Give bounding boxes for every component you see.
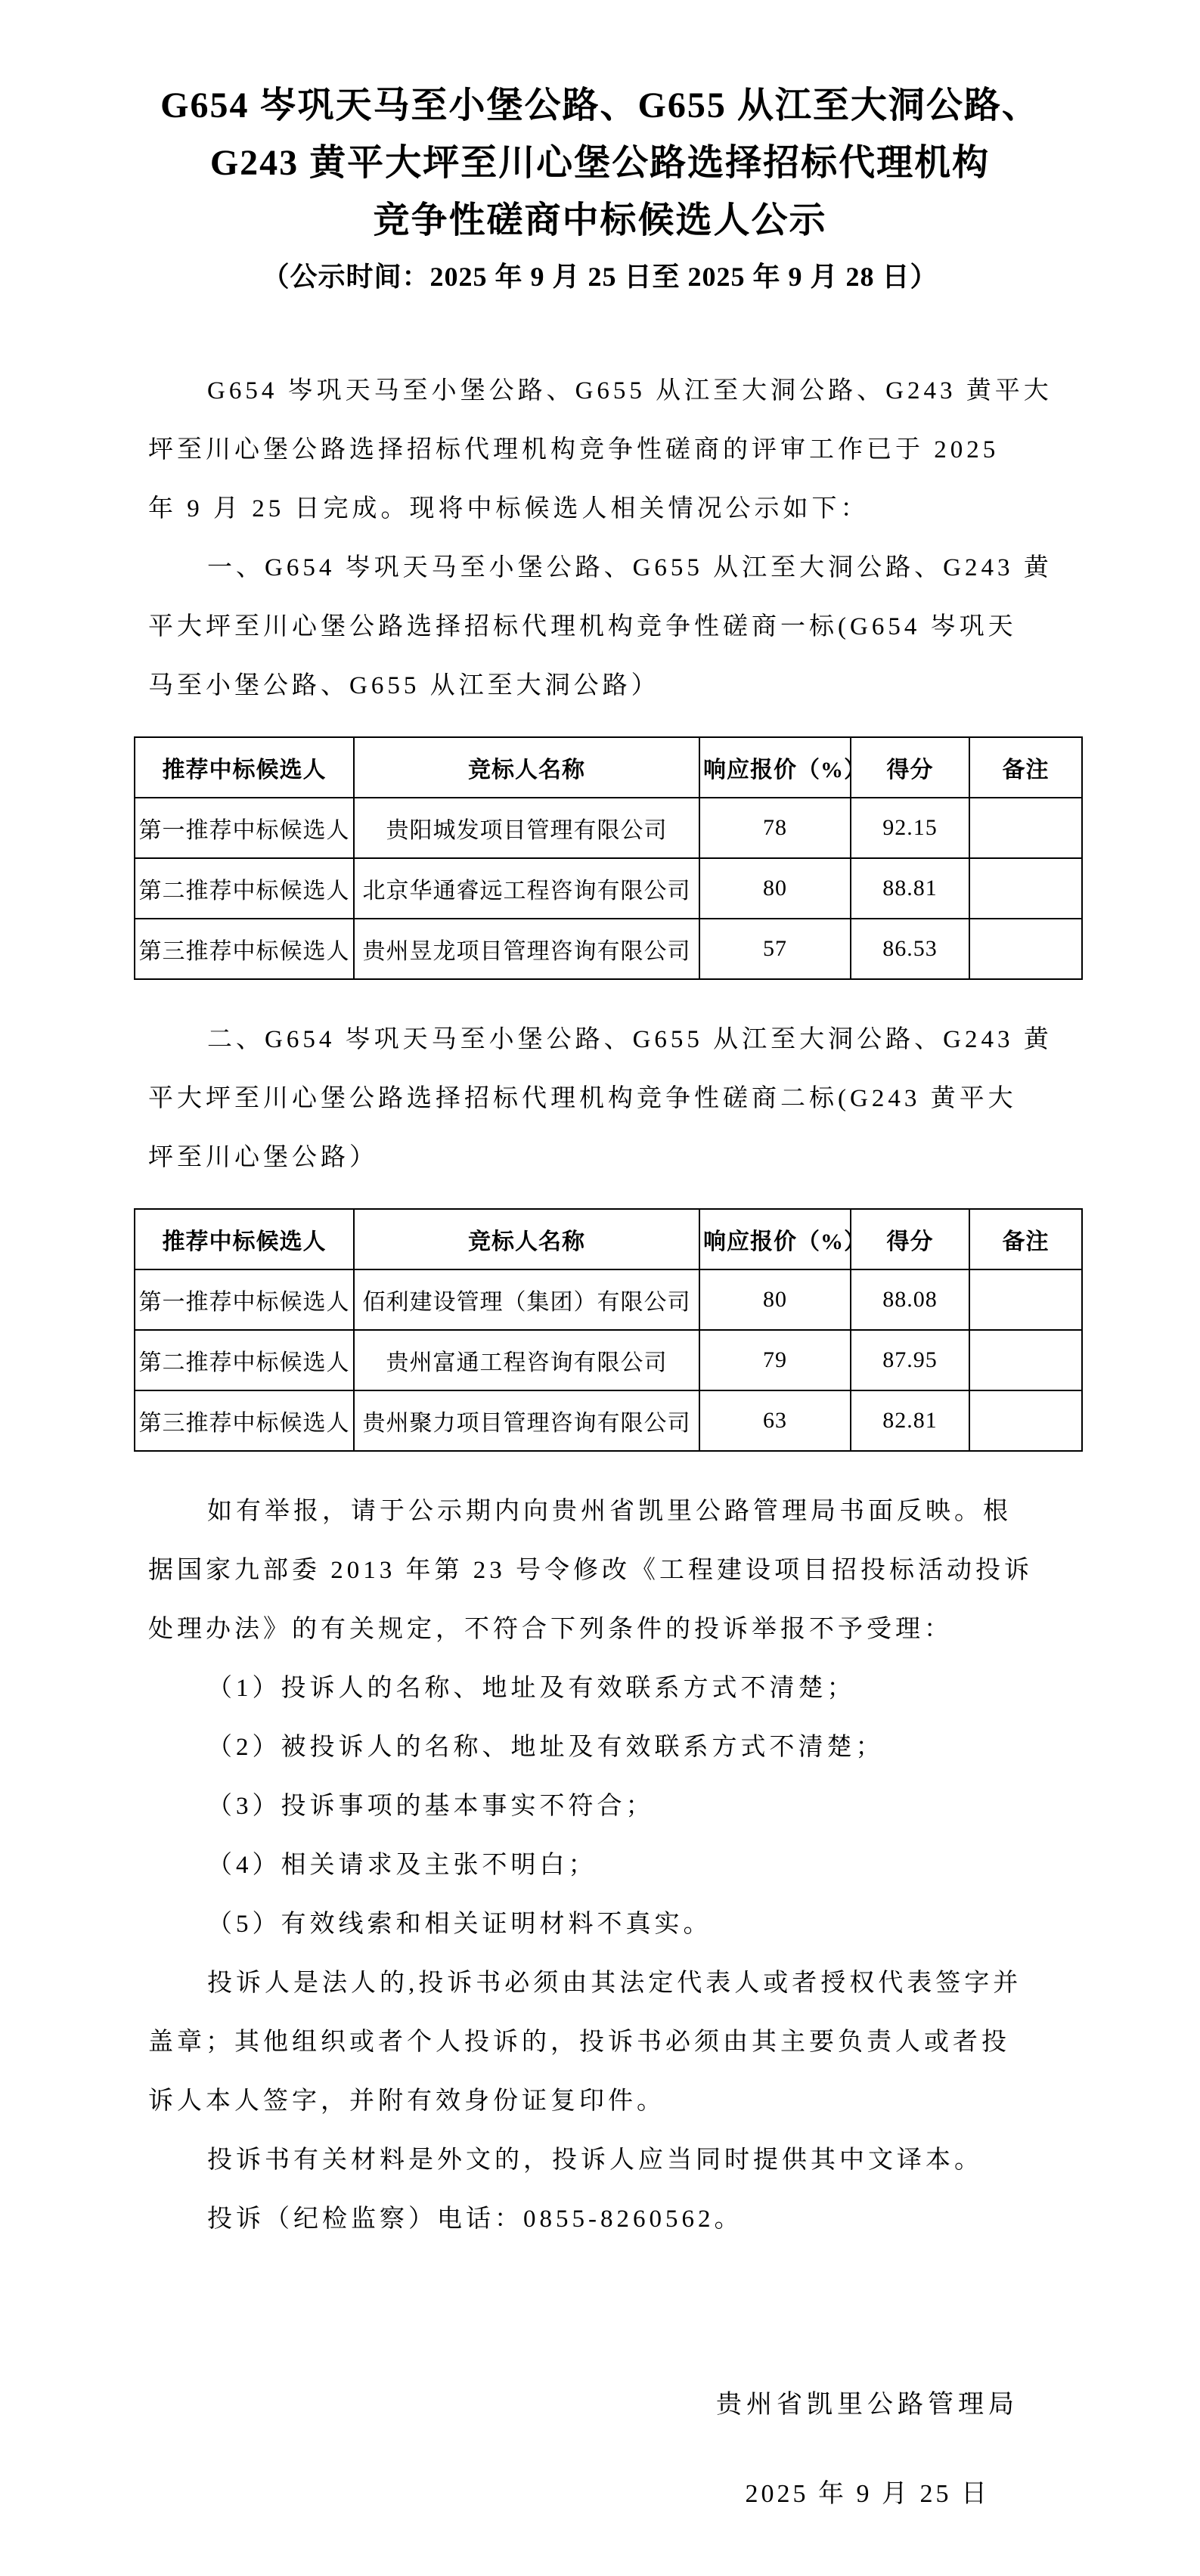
header-score: 得分 xyxy=(851,1209,969,1269)
cell-rank: 第三推荐中标候选人 xyxy=(135,919,354,979)
cell-price: 79 xyxy=(699,1330,851,1390)
section-two-line-3: 坪至川心堡公路） xyxy=(148,1128,1082,1187)
cell-price: 80 xyxy=(699,858,851,919)
section-one-line-2: 平大坪至川心堡公路选择招标代理机构竞争性磋商一标(G654 岑巩天 xyxy=(148,597,1082,656)
foreign-note-line: 投诉书有关材料是外文的，投诉人应当同时提供其中文译本。 xyxy=(148,2131,1082,2190)
section-two-line-1: 二、G654 岑巩天马至小堡公路、G655 从江至大洞公路、G243 黄 xyxy=(148,1010,1082,1069)
table-row: 第一推荐中标候选人 佰利建设管理（集团）有限公司 80 88.08 xyxy=(135,1269,1082,1330)
cell-note xyxy=(969,1390,1082,1451)
publicity-period: （公示时间：2025 年 9 月 25 日至 2025 年 9 月 28 日） xyxy=(0,257,1200,296)
cell-note xyxy=(969,858,1082,919)
complaint-intro-line-3: 处理办法》的有关规定，不符合下列条件的投诉举报不予受理： xyxy=(148,1600,1082,1659)
complaint-intro: 如有举报，请于公示期内向贵州省凯里公路管理局书面反映。根 据国家九部委 2013… xyxy=(148,1482,1082,1659)
section-two-line-2: 平大坪至川心堡公路选择招标代理机构竞争性磋商二标(G243 黄平大 xyxy=(148,1069,1082,1128)
table-section-one: 推荐中标候选人 竞标人名称 响应报价（%） 得分 备注 第一推荐中标候选人 贵阳… xyxy=(134,736,1083,980)
title-line-3: 竞争性磋商中标候选人公示 xyxy=(0,192,1200,250)
cell-score: 92.15 xyxy=(851,798,969,858)
complaint-item-3: （3）投诉事项的基本事实不符合； xyxy=(148,1777,1082,1836)
cell-bidder: 贵州昱龙项目管理咨询有限公司 xyxy=(354,919,699,979)
signature-line-1: 投诉人是法人的,投诉书必须由其法定代表人或者授权代表签字并 xyxy=(148,1954,1082,2013)
foreign-materials-note: 投诉书有关材料是外文的，投诉人应当同时提供其中文译本。 xyxy=(148,2131,1082,2190)
intro-line-3: 年 9 月 25 日完成。现将中标候选人相关情况公示如下： xyxy=(148,479,1082,538)
table-row: 第三推荐中标候选人 贵州聚力项目管理咨询有限公司 63 82.81 xyxy=(135,1390,1082,1451)
intro-line-2: 坪至川心堡公路选择招标代理机构竞争性磋商的评审工作已于 2025 xyxy=(148,420,1082,479)
cell-note xyxy=(969,1269,1082,1330)
section-two-heading: 二、G654 岑巩天马至小堡公路、G655 从江至大洞公路、G243 黄 平大坪… xyxy=(148,1010,1082,1187)
header-bidder: 竞标人名称 xyxy=(354,1209,699,1269)
cell-rank: 第一推荐中标候选人 xyxy=(135,1269,354,1330)
cell-price: 63 xyxy=(699,1390,851,1451)
table-row: 第二推荐中标候选人 贵州富通工程咨询有限公司 79 87.95 xyxy=(135,1330,1082,1390)
phone-line: 投诉（纪检监察）电话：0855-8260562。 xyxy=(148,2190,1082,2249)
cell-score: 88.81 xyxy=(851,858,969,919)
intro-paragraph: G654 岑巩天马至小堡公路、G655 从江至大洞公路、G243 黄平大 坪至川… xyxy=(148,361,1082,538)
signature-requirements: 投诉人是法人的,投诉书必须由其法定代表人或者授权代表签字并 盖章；其他组织或者个… xyxy=(148,1954,1082,2131)
footer-date: 2025 年 9 月 25 日 xyxy=(0,2465,990,2524)
cell-bidder: 北京华通睿远工程咨询有限公司 xyxy=(354,858,699,919)
cell-bidder: 贵州聚力项目管理咨询有限公司 xyxy=(354,1390,699,1451)
complaint-item-1: （1）投诉人的名称、地址及有效联系方式不清楚； xyxy=(148,1659,1082,1718)
complaint-item-4: （4）相关请求及主张不明白； xyxy=(148,1836,1082,1895)
header-rank: 推荐中标候选人 xyxy=(135,737,354,798)
complaint-phone: 投诉（纪检监察）电话：0855-8260562。 xyxy=(148,2190,1082,2249)
cell-price: 57 xyxy=(699,919,851,979)
cell-price: 80 xyxy=(699,1269,851,1330)
signature-line-2: 盖章；其他组织或者个人投诉的，投诉书必须由其主要负责人或者投 xyxy=(148,2013,1082,2072)
table-row: 第一推荐中标候选人 贵阳城发项目管理有限公司 78 92.15 xyxy=(135,798,1082,858)
document-title: G654 岑巩天马至小堡公路、G655 从江至大洞公路、 G243 黄平大坪至川… xyxy=(0,0,1200,250)
cell-rank: 第三推荐中标候选人 xyxy=(135,1390,354,1451)
signature-line-3: 诉人本人签字，并附有效身份证复印件。 xyxy=(148,2072,1082,2131)
table-row: 第二推荐中标候选人 北京华通睿远工程咨询有限公司 80 88.81 xyxy=(135,858,1082,919)
section-one-line-1: 一、G654 岑巩天马至小堡公路、G655 从江至大洞公路、G243 黄 xyxy=(148,538,1082,597)
header-score: 得分 xyxy=(851,737,969,798)
cell-rank: 第二推荐中标候选人 xyxy=(135,1330,354,1390)
header-bidder: 竞标人名称 xyxy=(354,737,699,798)
complaint-intro-line-1: 如有举报，请于公示期内向贵州省凯里公路管理局书面反映。根 xyxy=(148,1482,1082,1541)
cell-note xyxy=(969,919,1082,979)
cell-bidder: 佰利建设管理（集团）有限公司 xyxy=(354,1269,699,1330)
title-line-1: G654 岑巩天马至小堡公路、G655 从江至大洞公路、 xyxy=(0,77,1200,135)
intro-line-1: G654 岑巩天马至小堡公路、G655 从江至大洞公路、G243 黄平大 xyxy=(148,361,1082,420)
cell-bidder: 贵州富通工程咨询有限公司 xyxy=(354,1330,699,1390)
title-line-2: G243 黄平大坪至川心堡公路选择招标代理机构 xyxy=(0,135,1200,192)
cell-note xyxy=(969,1330,1082,1390)
header-rank: 推荐中标候选人 xyxy=(135,1209,354,1269)
footer-organization: 贵州省凯里公路管理局 xyxy=(0,2376,1019,2435)
header-price: 响应报价（%） xyxy=(699,737,851,798)
section-one-line-3: 马至小堡公路、G655 从江至大洞公路） xyxy=(148,656,1082,715)
cell-note xyxy=(969,798,1082,858)
complaint-items: （1）投诉人的名称、地址及有效联系方式不清楚； （2）被投诉人的名称、地址及有效… xyxy=(148,1659,1082,1954)
cell-score: 88.08 xyxy=(851,1269,969,1330)
complaint-item-2: （2）被投诉人的名称、地址及有效联系方式不清楚； xyxy=(148,1718,1082,1777)
cell-score: 86.53 xyxy=(851,919,969,979)
header-price: 响应报价（%） xyxy=(699,1209,851,1269)
complaint-item-5: （5）有效线索和相关证明材料不真实。 xyxy=(148,1895,1082,1954)
table-row: 第三推荐中标候选人 贵州昱龙项目管理咨询有限公司 57 86.53 xyxy=(135,919,1082,979)
document-body: G654 岑巩天马至小堡公路、G655 从江至大洞公路、G243 黄平大 坪至川… xyxy=(148,361,1082,2249)
table-two-header-row: 推荐中标候选人 竞标人名称 响应报价（%） 得分 备注 xyxy=(135,1209,1082,1269)
table-section-two: 推荐中标候选人 竞标人名称 响应报价（%） 得分 备注 第一推荐中标候选人 佰利… xyxy=(134,1208,1083,1452)
header-note: 备注 xyxy=(969,737,1082,798)
table-one-header-row: 推荐中标候选人 竞标人名称 响应报价（%） 得分 备注 xyxy=(135,737,1082,798)
cell-score: 87.95 xyxy=(851,1330,969,1390)
section-one-heading: 一、G654 岑巩天马至小堡公路、G655 从江至大洞公路、G243 黄 平大坪… xyxy=(148,538,1082,715)
cell-rank: 第二推荐中标候选人 xyxy=(135,858,354,919)
cell-price: 78 xyxy=(699,798,851,858)
header-note: 备注 xyxy=(969,1209,1082,1269)
complaint-intro-line-2: 据国家九部委 2013 年第 23 号令修改《工程建设项目招投标活动投诉 xyxy=(148,1541,1082,1600)
cell-score: 82.81 xyxy=(851,1390,969,1451)
announcement-document: G654 岑巩天马至小堡公路、G655 从江至大洞公路、 G243 黄平大坪至川… xyxy=(0,0,1200,2576)
cell-rank: 第一推荐中标候选人 xyxy=(135,798,354,858)
cell-bidder: 贵阳城发项目管理有限公司 xyxy=(354,798,699,858)
